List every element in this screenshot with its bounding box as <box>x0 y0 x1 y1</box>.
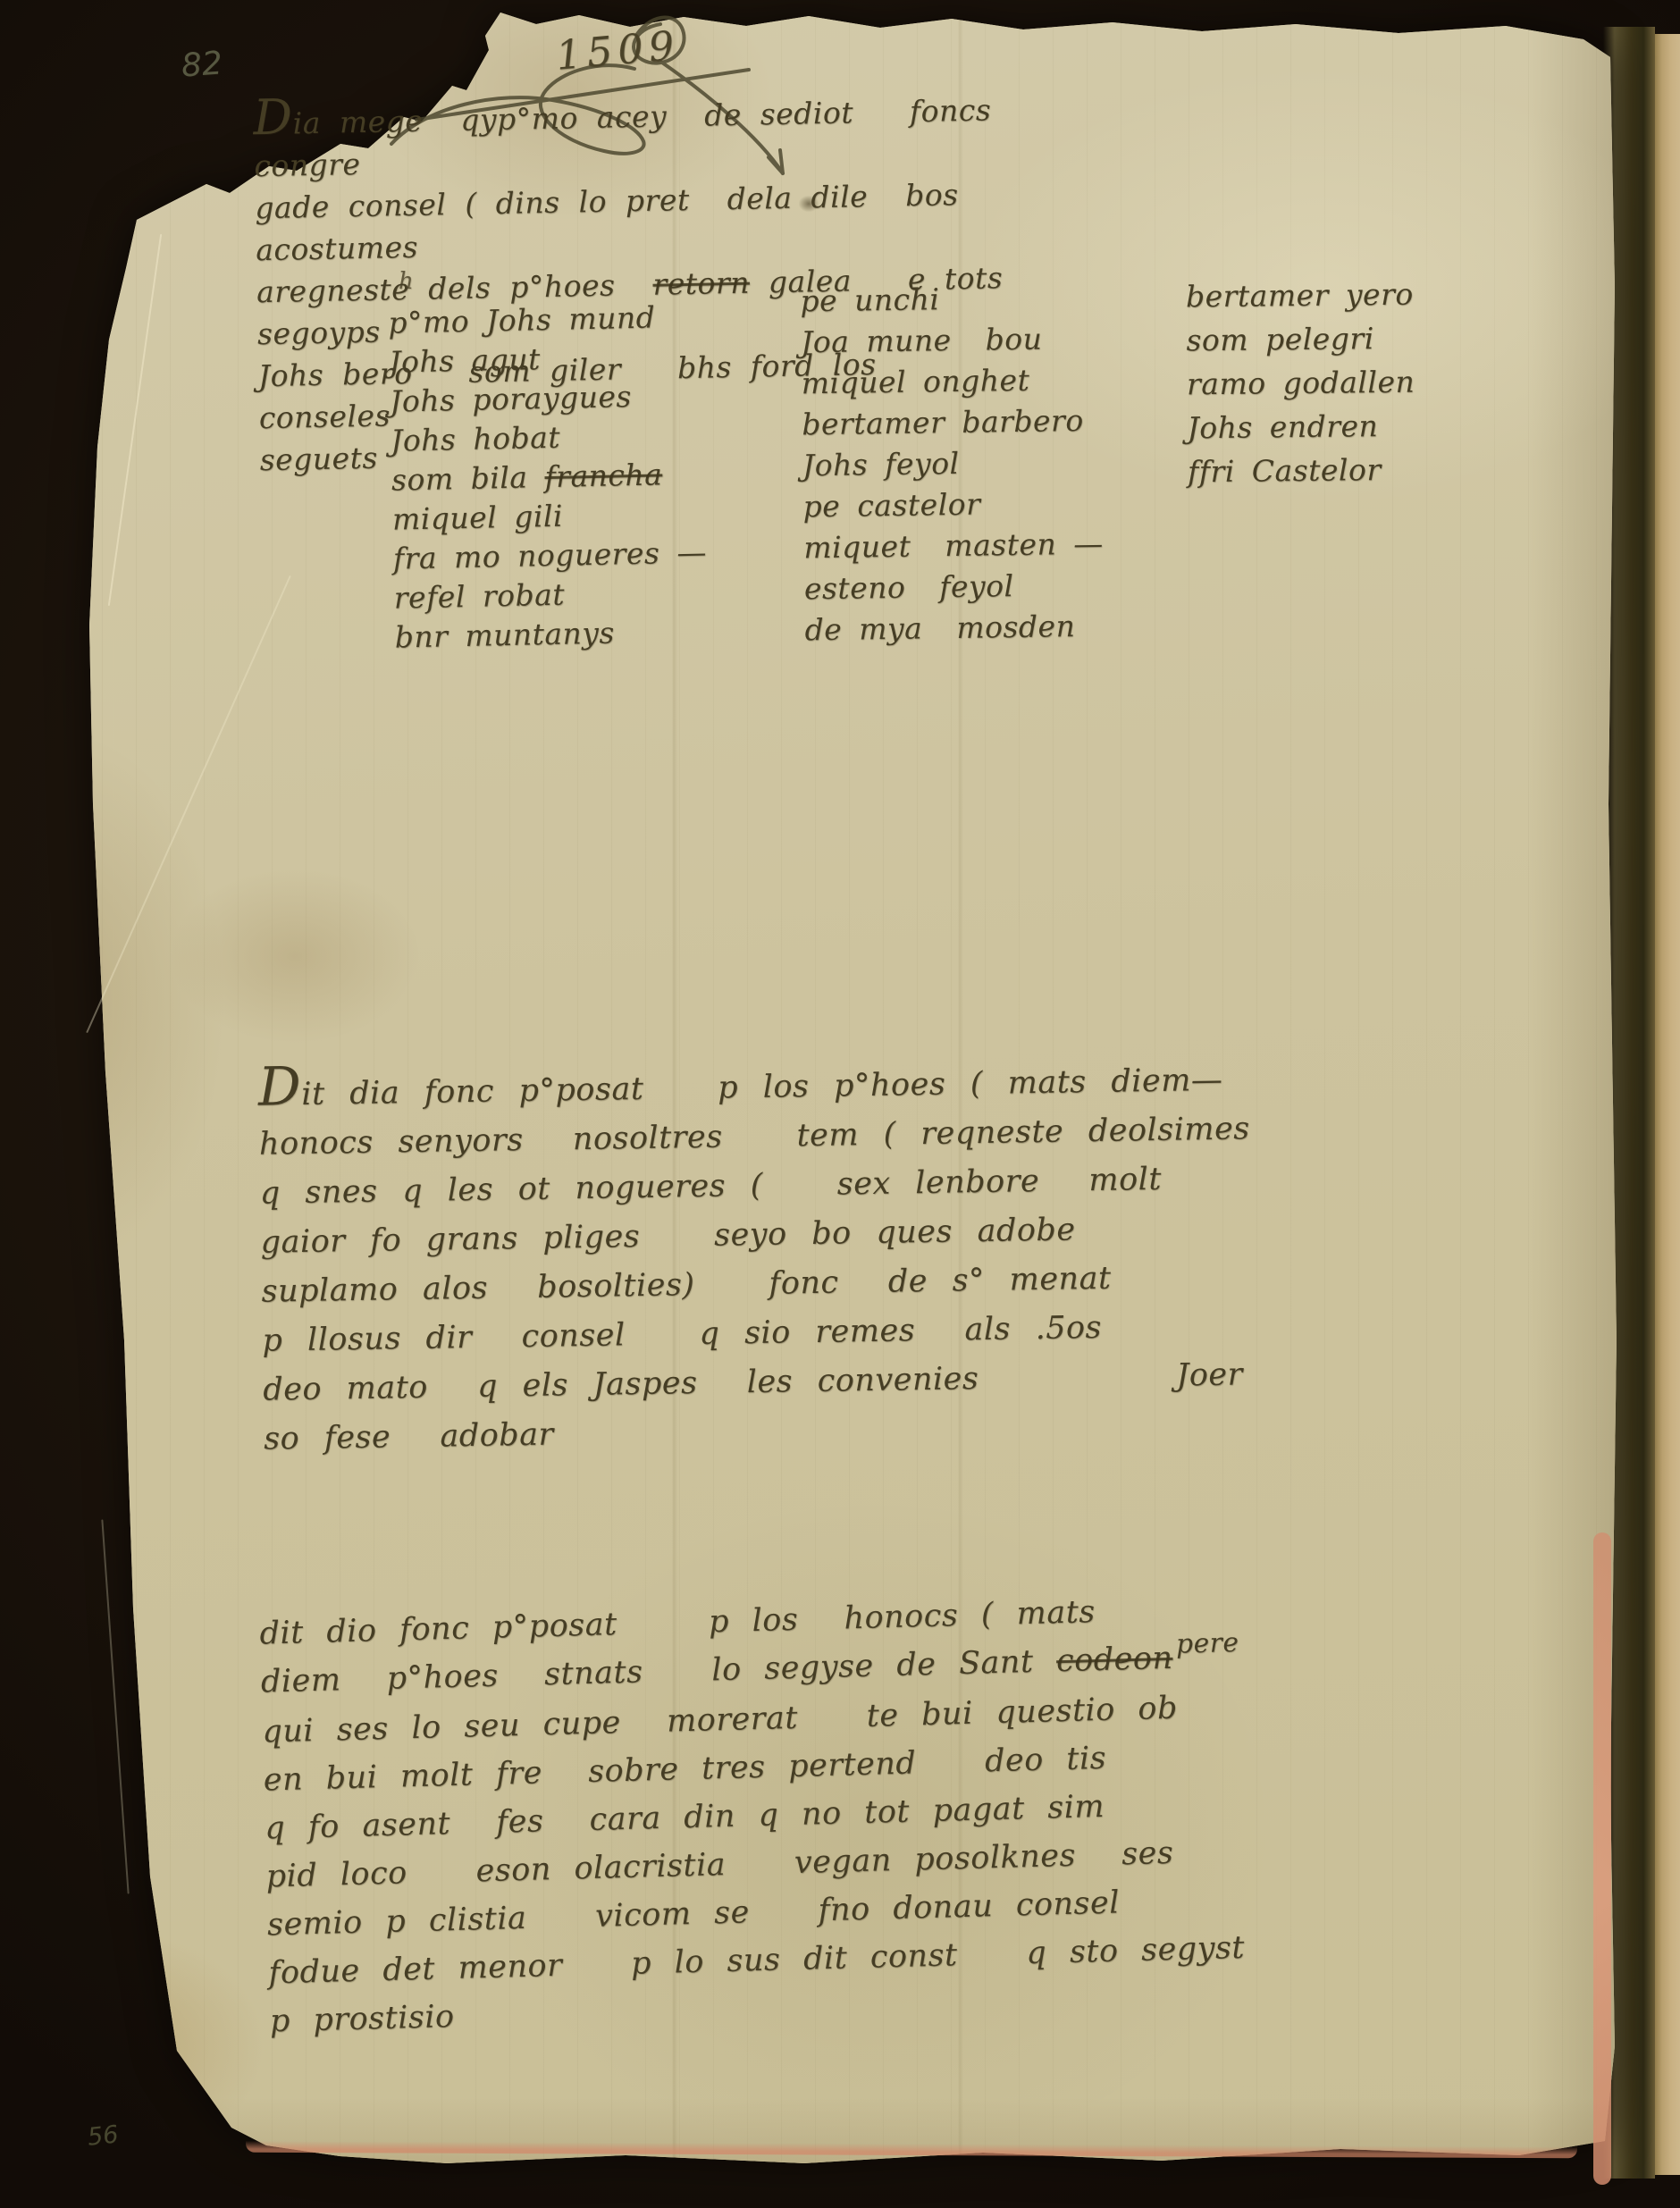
name-entry: esteno feyol <box>804 565 1105 610</box>
name-column-3: bertamer yero som pelegri ramo godallen … <box>1186 273 1416 494</box>
manuscript-line: gade consel ( dins lo pret dela dile bos… <box>255 172 1025 271</box>
name-entry: Joa mune bou <box>801 318 1101 364</box>
name-entry: ffri Castelor <box>1188 448 1416 494</box>
name-entry: p°mo Johs mund <box>388 297 702 342</box>
name-entry: Johs poraygues <box>390 375 704 421</box>
name-entry: pe unchi <box>800 277 1100 323</box>
page-content: 82 1509 Dia mege qyp°mo acey de sediot f… <box>0 0 1680 2208</box>
bottom-pencil-number: 56 <box>86 2120 119 2151</box>
paragraph-2: Dit dia fonc p°posat p los p°hoes ( mats… <box>258 1042 1596 1464</box>
name-entry: miquel onghet <box>801 359 1101 405</box>
name-column-1: p°mo Johs mund Johs agut Johs poraygues … <box>388 297 709 657</box>
photograph: 82 1509 Dia mege qyp°mo acey de sediot f… <box>0 0 1680 2208</box>
name-entry: refel robat <box>393 572 708 617</box>
name-column-2: pe unchi Joa mune bou miquel onghet bert… <box>800 277 1105 651</box>
name-entry: miquel gili <box>391 493 706 539</box>
paragraph-3: dit dio fonc p°posat p los honocs ( mats… <box>259 1575 1601 2046</box>
column-mark: h <box>399 268 414 295</box>
name-entry: Johs hobat <box>391 415 705 460</box>
line-text: som bila <box>391 459 545 498</box>
name-entry: fra mo nogueres — <box>392 533 707 578</box>
name-entry: Johs agut <box>389 336 703 382</box>
name-entry: de mya mosden <box>804 606 1105 651</box>
name-entry: miquet masten — <box>803 524 1104 569</box>
struck-word: francha <box>544 457 663 494</box>
name-entry: bertamer yero <box>1186 273 1415 319</box>
name-entry: som bila francha <box>391 454 706 500</box>
folio-number: 82 <box>181 45 224 84</box>
name-entry: bnr muntanys <box>394 611 709 657</box>
name-entry: pe castelor <box>802 483 1103 528</box>
inserted-word: pere <box>1175 1619 1239 1669</box>
manuscript-line: Dia mege qyp°mo acey de sediot foncs con… <box>253 82 1023 187</box>
name-entry: Johs feyol <box>802 441 1103 487</box>
name-entry: Johs endren <box>1187 404 1415 450</box>
name-entry: som pelegri <box>1186 316 1415 363</box>
name-entry: ramo godallen <box>1187 360 1415 407</box>
name-entry: bertamer barbero <box>802 400 1102 446</box>
struck-word: codeon <box>1056 1641 1173 1679</box>
